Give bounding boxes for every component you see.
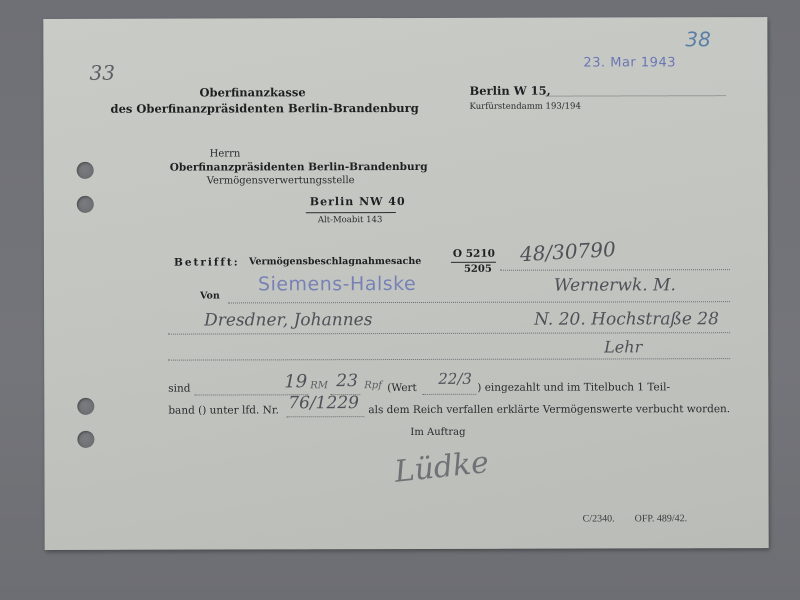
body-line-2-start: band () unter lfd. Nr. <box>168 404 279 416</box>
punch-hole <box>77 398 94 415</box>
recipient-city-underline <box>306 212 396 213</box>
body-line-1-rest: ) eingezahlt und im Titelbuch 1 Teil- <box>477 381 670 394</box>
amount-rm: 19 <box>284 371 307 392</box>
recipient-department: Vermögensverwertungsstelle <box>207 175 355 186</box>
street-line: Kurfürstendamm 193/194 <box>470 102 581 112</box>
subject-ref-divider <box>451 262 496 263</box>
date-field-line <box>546 95 726 96</box>
punch-hole <box>77 431 94 448</box>
subject-text: Vermögensbeschlagnahmesache <box>249 256 421 267</box>
from-field-line-1 <box>228 301 730 303</box>
subject-field-line <box>500 269 730 271</box>
from-field-line-3 <box>168 358 730 360</box>
wert-label: (Wert <box>387 382 417 394</box>
recipient-street: Alt-Moabit 143 <box>318 215 383 225</box>
subject-ref-top: O 5210 <box>453 248 495 260</box>
signature: Lüdke <box>393 445 491 490</box>
punch-hole <box>77 162 94 179</box>
handwritten-company: Wernerwk. M. <box>554 275 676 295</box>
sender-line-2: des Oberfinanzpräsidenten Berlin-Branden… <box>111 101 419 116</box>
recipient-salutation: Herrn <box>210 148 241 159</box>
lfd-nr-field-line <box>286 416 364 417</box>
sender-line-1: Oberfinanzkasse <box>199 85 305 99</box>
city-line: Berlin W 15, <box>469 84 550 98</box>
amount-rpf: 23 <box>336 371 358 391</box>
handwritten-person-name: Dresdner, Johannes <box>204 310 372 330</box>
footer-form-code: C/2340. <box>583 513 615 524</box>
from-field-line-2 <box>168 332 730 334</box>
subject-label: Betrifft: <box>174 256 240 268</box>
unit-rm: RM <box>310 380 328 391</box>
page-number-top-left: 33 <box>89 61 115 85</box>
recipient-name: Oberfinanzpräsidenten Berlin-Brandenburg <box>170 161 428 174</box>
wert-value: 22/3 <box>438 370 472 388</box>
im-auftrag: Im Auftrag <box>410 427 465 438</box>
date-stamp: 23. Mar 1943 <box>583 55 676 70</box>
page-number-top-right: 38 <box>685 27 711 51</box>
body-line-2-rest: als dem Reich verfallen erklärte Vermöge… <box>368 403 730 416</box>
punch-hole <box>77 196 94 213</box>
document-page: 33 38 Oberfinanzkasse des Oberfinanzpräs… <box>43 17 768 550</box>
recipient-city: Berlin NW 40 <box>310 195 406 208</box>
handwritten-case-number: 48/30790 <box>519 237 616 266</box>
footer-form-ref: OFP. 489/42. <box>635 513 688 524</box>
from-label: Von <box>200 290 220 301</box>
unit-rpf: Rpf <box>364 380 382 391</box>
company-stamp: Siemens-Halske <box>258 273 416 295</box>
handwritten-address: N. 20. Hochstraße 28 <box>534 309 719 329</box>
body-word-sind: sind <box>168 383 190 395</box>
subject-ref-bottom: 5205 <box>464 264 492 275</box>
handwritten-note: Lehr <box>604 337 642 356</box>
lfd-nr-value: 76/1229 <box>288 393 359 413</box>
wert-field-line <box>422 394 476 395</box>
